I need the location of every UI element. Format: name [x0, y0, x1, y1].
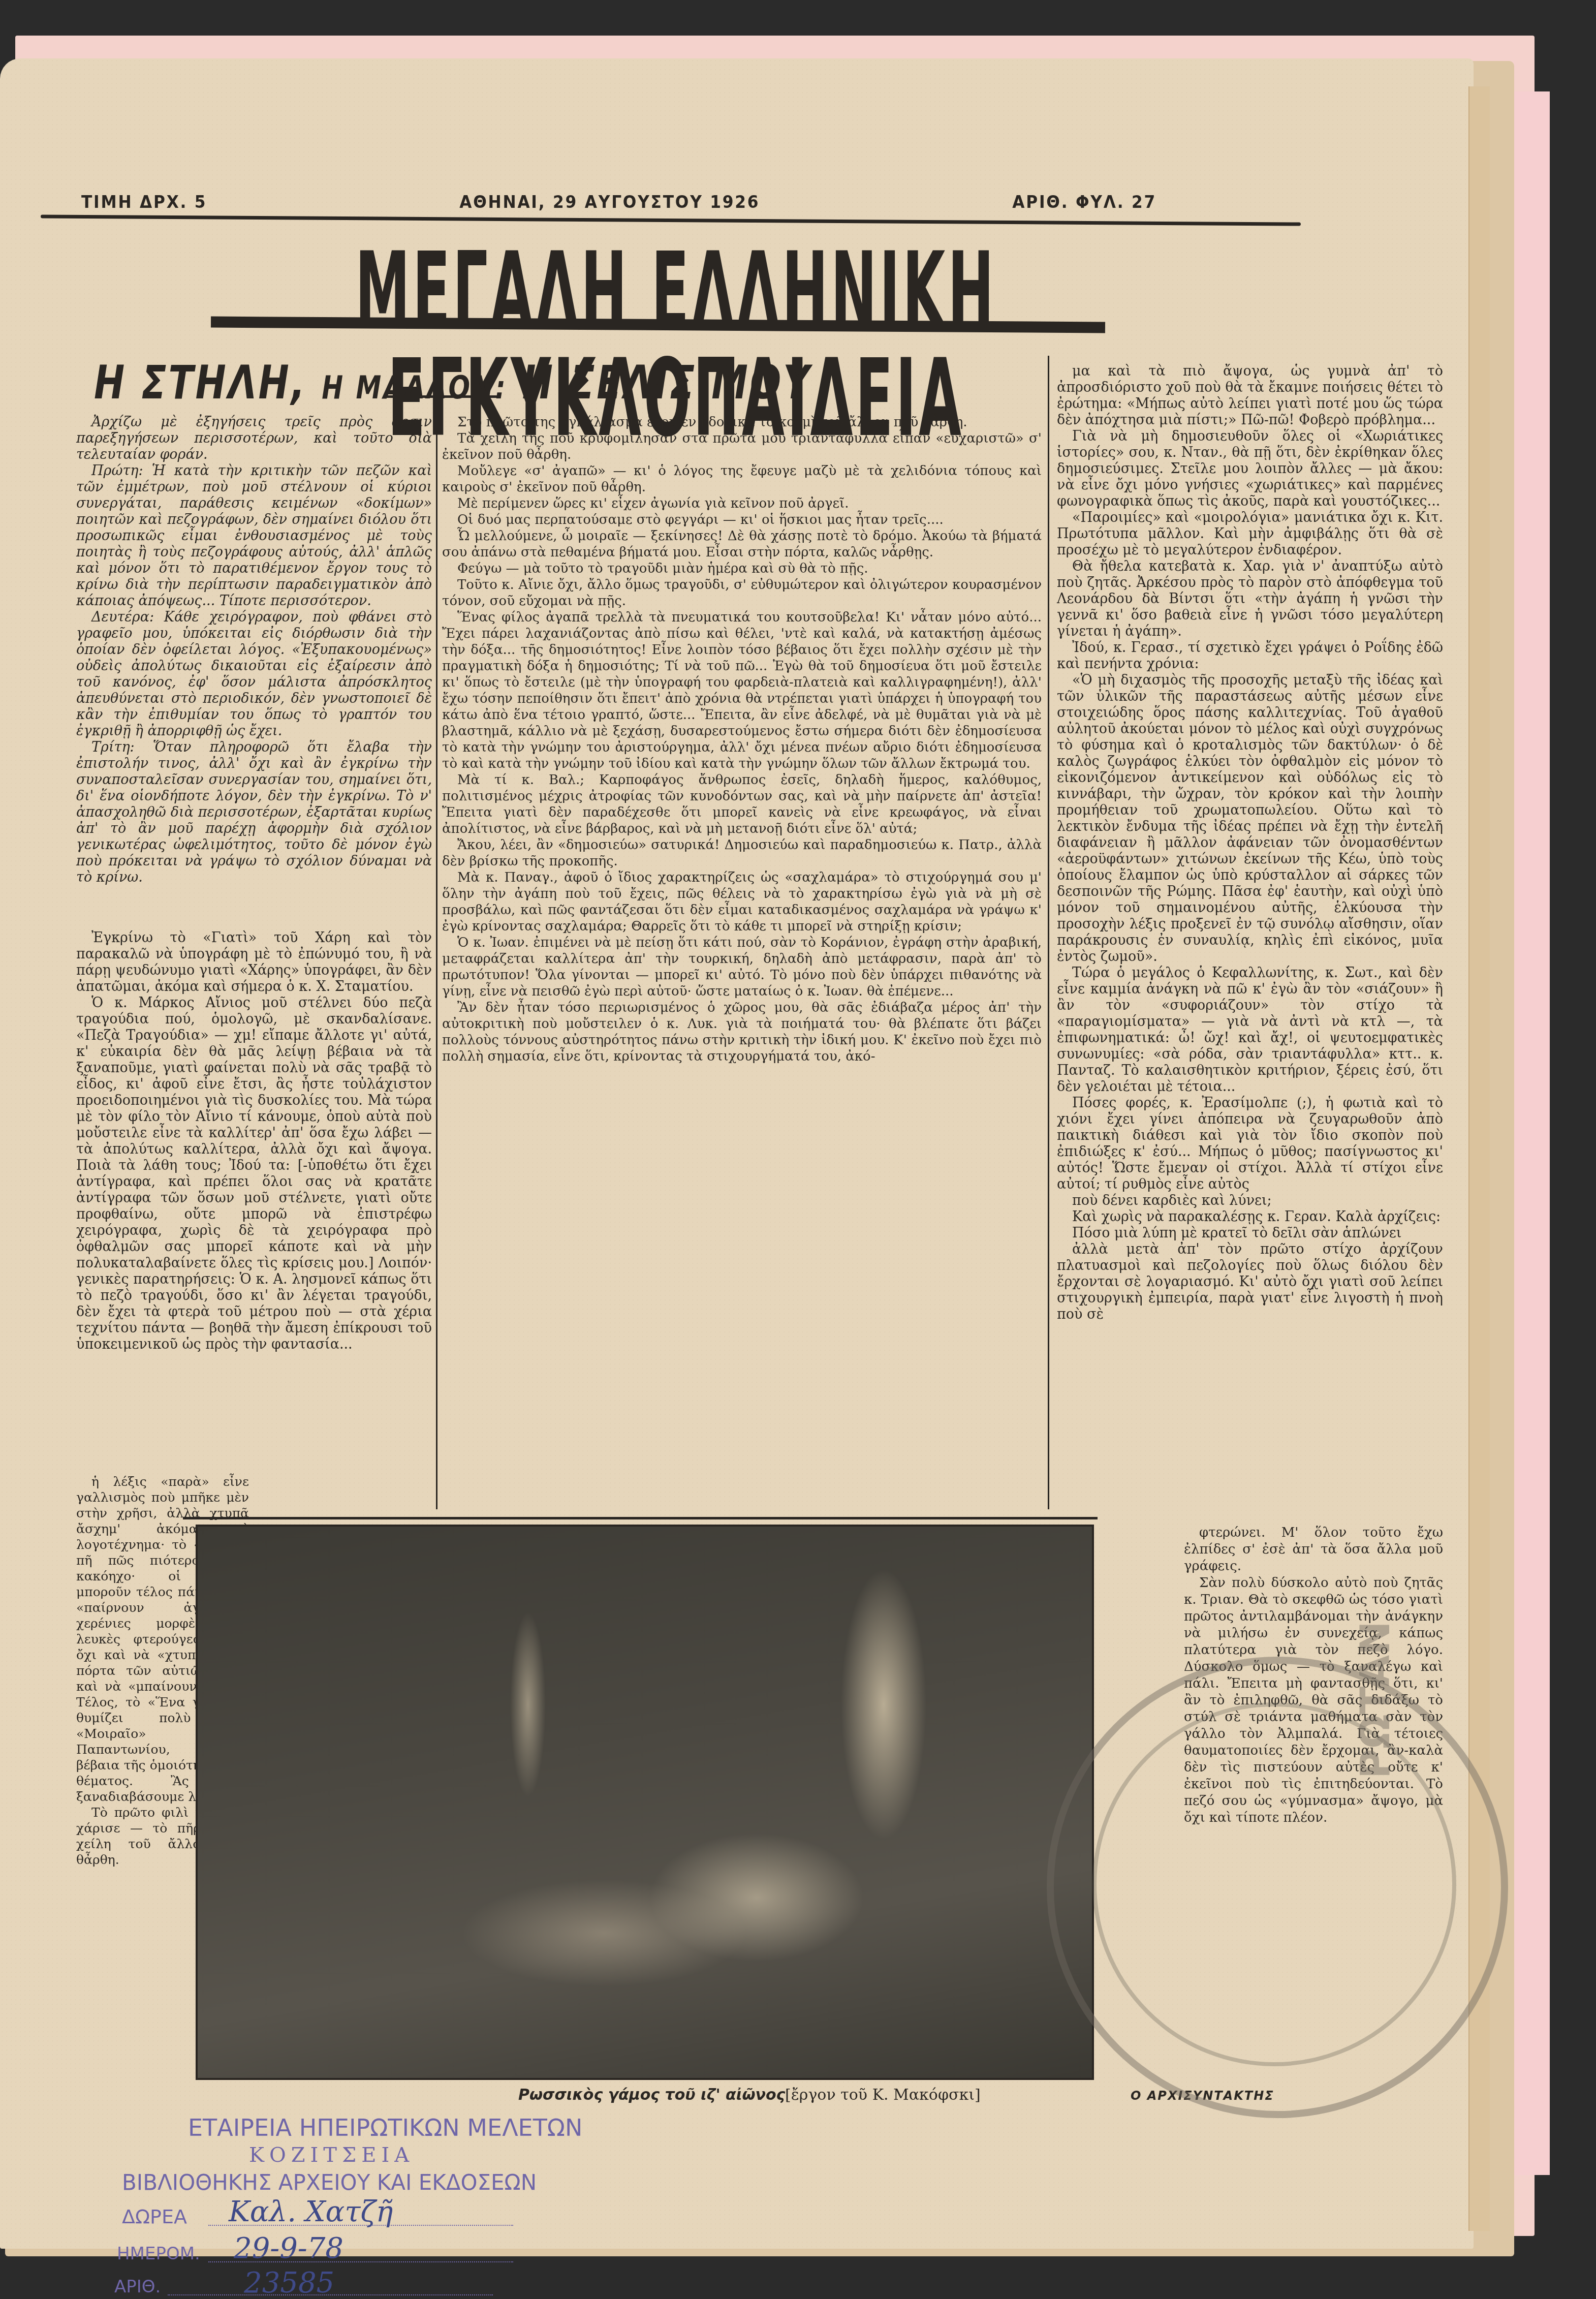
column-divider [1048, 356, 1049, 1509]
verse-line: Πόσο μιὰ λύπη μὲ κρατεῖ τὸ δεῖλι σὰν ἁπλ… [1057, 1225, 1443, 1241]
stamp-line-fund: ΚΟΖΙΤΣΕΙΑ [249, 2143, 414, 2167]
poem-line: Μὲ περίμενεν ὥρες κι' εἶχεν ἀγωνία γιὰ κ… [442, 495, 1042, 512]
illustration-caption: Ρωσσικὸς γάμος τοῦ ιζ' αἰῶνος [518, 2086, 785, 2104]
handwritten-accession-number: 23585 [244, 2266, 334, 2299]
illustration-russian-wedding [196, 1525, 1094, 2080]
paragraph: Γιὰ νὰ μὴ δημοσιευθοῦν ὅλες οἱ «Χωριάτικ… [1057, 428, 1443, 510]
section-heading: Η ΣΤΗΛΗ, Η ΜΑΛΛΟΝ: Η ΣΕΛΙΣ ΜΟΥ [94, 356, 811, 409]
poem-line: Φεύγω — μὰ τοῦτο τὸ τραγοῦδι μιὰν ἡμέρα … [442, 561, 1042, 577]
column-1: Ἀρχίζω μὲ ἐξηγήσεις τρεῖς πρὸς ἄρσιν παρ… [76, 414, 432, 886]
illustration-top-rule [183, 1517, 1098, 1519]
seal-monogram: ΡΩΤΑΝ [1352, 1621, 1399, 1779]
price-label: ΤΙΜΗ ΔΡΧ. 5 [81, 192, 207, 212]
section-heading-part1: Η ΣΤΗΛΗ, [94, 356, 307, 409]
section-heading-part3: Η ΣΕΛΙΣ ΜΟΥ [522, 356, 811, 409]
poem-line: Στὸ πρῶτο της ἀγκάλιασμα ἔτριξεν ἡδονικὰ… [442, 414, 1042, 430]
paragraph: Ἄκου, λέει, ἂν «δημοσιεύω» σατυρικά! Δημ… [442, 837, 1042, 869]
issue-number: ΑΡΙΘ. ΦΥΛ. 27 [1012, 192, 1156, 212]
heading-rule [386, 395, 498, 398]
paragraph: Μὰ κ. Παναγ., ἀφοῦ ὁ ἴδιος χαρακτηρίζεις… [442, 869, 1042, 935]
column-2: Στὸ πρῶτο της ἀγκάλιασμα ἔτριξεν ἡδονικὰ… [442, 414, 1042, 1065]
paragraph: Πρώτη: Ἡ κατὰ τὴν κριτικὴν τῶν πεζῶν καὶ… [76, 463, 432, 609]
handwritten-donor: Καλ. Χατζῆ [229, 2195, 393, 2228]
paragraph: Μὰ τί κ. Βαλ.; Καρποφάγος ἄνθρωπος ἐσεῖς… [442, 772, 1042, 837]
column-3: μα καὶ τὰ πιὸ ἄψογα, ὡς γυμνὰ ἀπ' τὸ ἀπρ… [1057, 363, 1443, 1323]
paragraph: φτερώνει. Μ' ὅλον τοῦτο ἔχω ἐλπίδες σ' ἐ… [1184, 1525, 1443, 1575]
paragraph: Ἕνας φίλος ἀγαπᾶ τρελλὰ τὰ πνευματικά το… [442, 609, 1042, 772]
paragraph: Τοῦτο κ. Αἴνιε ὄχι, ἄλλο ὅμως τραγοῦδι, … [442, 577, 1042, 609]
dateline: ΑΘΗΝΑΙ, 29 ΑΥΓΟΥΣΤΟΥ 1926 [459, 192, 760, 212]
paragraph: Πόσες φορές, κ. Ἐρασίμολπε (;), ἡ φωτιὰ … [1057, 1095, 1443, 1193]
quote: «Ὁ μὴ διχασμὸς τῆς προσοχῆς μεταξὺ τῆς ἰ… [1057, 672, 1443, 965]
paragraph: Ἀρχίζω μὲ ἐξηγήσεις τρεῖς πρὸς ἄρσιν παρ… [76, 414, 432, 463]
poem-line: Ὦ μελλούμενε, ὦ μοιραῖε — ξεκίνησες! Δὲ … [442, 528, 1042, 561]
paragraph: Ἐγκρίνω τὸ «Γιατὶ» τοῦ Χάρη καὶ τὸν παρα… [76, 930, 432, 995]
poem-line: Τὰ χείλη της ποῦ κρυφομίλησαν στὰ πρῶτα … [442, 430, 1042, 463]
stamp-label-donation: ΔΩΡΕΑ [122, 2205, 187, 2228]
masthead-info-row: ΤΙΜΗ ΔΡΧ. 5 ΑΘΗΝΑΙ, 29 ΑΥΓΟΥΣΤΟΥ 1926 ΑΡ… [81, 192, 1156, 212]
column-divider [436, 407, 437, 1509]
paragraph: Δευτέρα: Κάθε χειρόγραφον, ποὺ φθάνει στ… [76, 609, 432, 739]
illustration-credit: [ἔργον τοῦ Κ. Μακόφσκι] [785, 2086, 981, 2104]
paragraph: ἀλλὰ μετὰ ἀπ' τὸν πρῶτο στίχο ἀρχίζουν π… [1057, 1241, 1443, 1323]
stamp-label-number: ΑΡΙΘ. [114, 2277, 161, 2297]
poem-line: Οἱ δυό μας περπατούσαμε στὸ φεγγάρι — κι… [442, 512, 1042, 528]
paragraph: Καὶ χωρὶς νὰ παρακαλέσῃς κ. Γεραν. Καλὰ … [1057, 1209, 1443, 1225]
society-seal-inner-ring [1092, 1702, 1456, 2066]
paragraph: Ὁ κ. Ἰωαν. ἐπιμένει νὰ μὲ πείσῃ ὅτι κάτι… [442, 935, 1042, 1000]
paragraph: Ἰδού, κ. Γερασ., τί σχετικὸ ἔχει γράψει … [1057, 640, 1443, 672]
column-1-continued: Ἐγκρίνω τὸ «Γιατὶ» τοῦ Χάρη καὶ τὸν παρα… [76, 930, 432, 1353]
paragraph: μα καὶ τὰ πιὸ ἄψογα, ὡς γυμνὰ ἀπ' τὸ ἀπρ… [1057, 363, 1443, 428]
stamp-label-date: ΗΜΕΡΟΜ. [117, 2244, 200, 2264]
paragraph: Θὰ ἤθελα κατεβατὰ κ. Χαρ. γιὰ ν' ἀναπτύξ… [1057, 558, 1443, 640]
verse-line: ποὺ δένει καρδιὲς καὶ λύνει; [1057, 1193, 1443, 1209]
stamp-line-society: ΕΤΑΙΡΕΙΑ ΗΠΕΙΡΩΤΙΚΩΝ ΜΕΛΕΤΩΝ [188, 2114, 582, 2141]
paragraph: Ἂν δὲν ἦταν τόσο περιωρισμένος ὁ χῶρος μ… [442, 1000, 1042, 1065]
paragraph: Τρίτη: Ὅταν πληροφορῶ ὅτι ἔλαβα τὴν ἐπισ… [76, 739, 432, 886]
paragraph: Τώρα ὁ μεγάλος ὁ Κεφαλλωνίτης, κ. Σωτ., … [1057, 965, 1443, 1095]
poem-line: Μοὔλεγε «σ' ἀγαπῶ» — κι' ὁ λόγος της ἔφε… [442, 463, 1042, 495]
stamp-line-library: ΒΙΒΛΙΟΘΗΚΗΣ ΑΡΧΕΙΟΥ ΚΑΙ ΕΚΔΟΣΕΩΝ [122, 2170, 537, 2195]
handwritten-date: 29-9-78 [234, 2232, 343, 2265]
paragraph: «Παροιμίες» καὶ «μοιρολόγια» μανιάτικα ὄ… [1057, 510, 1443, 558]
section-heading-part2: Η ΜΑΛΛΟΝ: [322, 369, 507, 406]
paragraph: Ὁ κ. Μάρκος Αἴνιος μοῦ στέλνει δύο πεζὰ … [76, 995, 432, 1353]
